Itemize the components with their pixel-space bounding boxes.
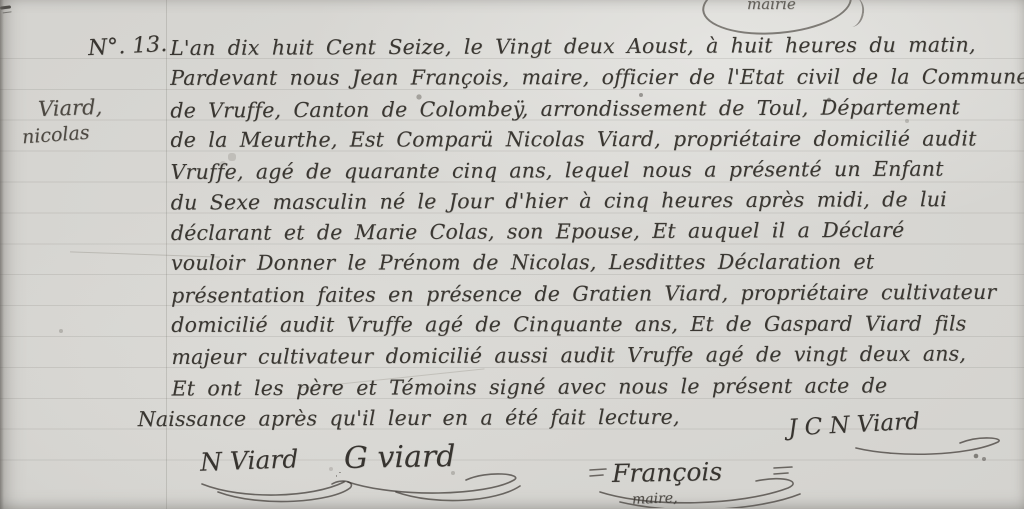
margin-surname: Viard, — [38, 95, 103, 121]
margin-given-name: nicolas — [21, 122, 90, 149]
signature-mayor-francois: François — [612, 457, 723, 488]
handwritten-line: Pardevant nous Jean François, maire, off… — [170, 61, 1024, 93]
handwritten-line: Et ont les père et Témoins signé avec no… — [171, 370, 1024, 405]
record-number: N°. 13. — [87, 32, 167, 61]
handwritten-line: domicilié audit Vruffe agé de Cinquante … — [171, 308, 1024, 340]
document-page: mairie N°. 13. Viard, nicolas L'an dix h… — [0, 0, 1024, 509]
signature-flourish — [848, 436, 1010, 460]
handwritten-line: du Sexe masculin né le Jour d'hier à cin… — [171, 184, 1024, 219]
oval-stamp-label: mairie — [747, 0, 796, 13]
signature-mayor-title: maire, — [632, 490, 678, 508]
handwritten-line: vouloir Donner le Prénom de Nicolas, Les… — [171, 247, 1024, 279]
act-body-text: L'an dix huit Cent Seize, le Vingt deux … — [170, 29, 1024, 434]
signature-flourish — [336, 472, 530, 506]
signature-father-n-viard: N Viard — [200, 444, 299, 476]
handwritten-line: Vruffe, agé de quarante cinq ans, lequel… — [171, 153, 1024, 188]
handwritten-line: de la Meurthe, Est Comparü Nicolas Viard… — [170, 123, 1024, 155]
handwritten-line: déclarant et de Marie Colas, son Epouse,… — [171, 215, 1024, 250]
signature-witness-g-viard: G viard — [344, 439, 456, 476]
signature-flourish — [192, 476, 356, 506]
handwritten-line: majeur cultivateur domicilié aussi audit… — [171, 338, 1024, 373]
handwritten-line: L'an dix huit Cent Seize, le Vingt deux … — [170, 29, 1024, 64]
stamp-flourish — [844, 0, 866, 28]
handwritten-line: de Vruffe, Canton de Colombeÿ, arrondiss… — [170, 92, 1024, 127]
handwritten-line: présentation faites en présence de Grati… — [171, 277, 1024, 312]
scan-edge — [0, 0, 4, 509]
